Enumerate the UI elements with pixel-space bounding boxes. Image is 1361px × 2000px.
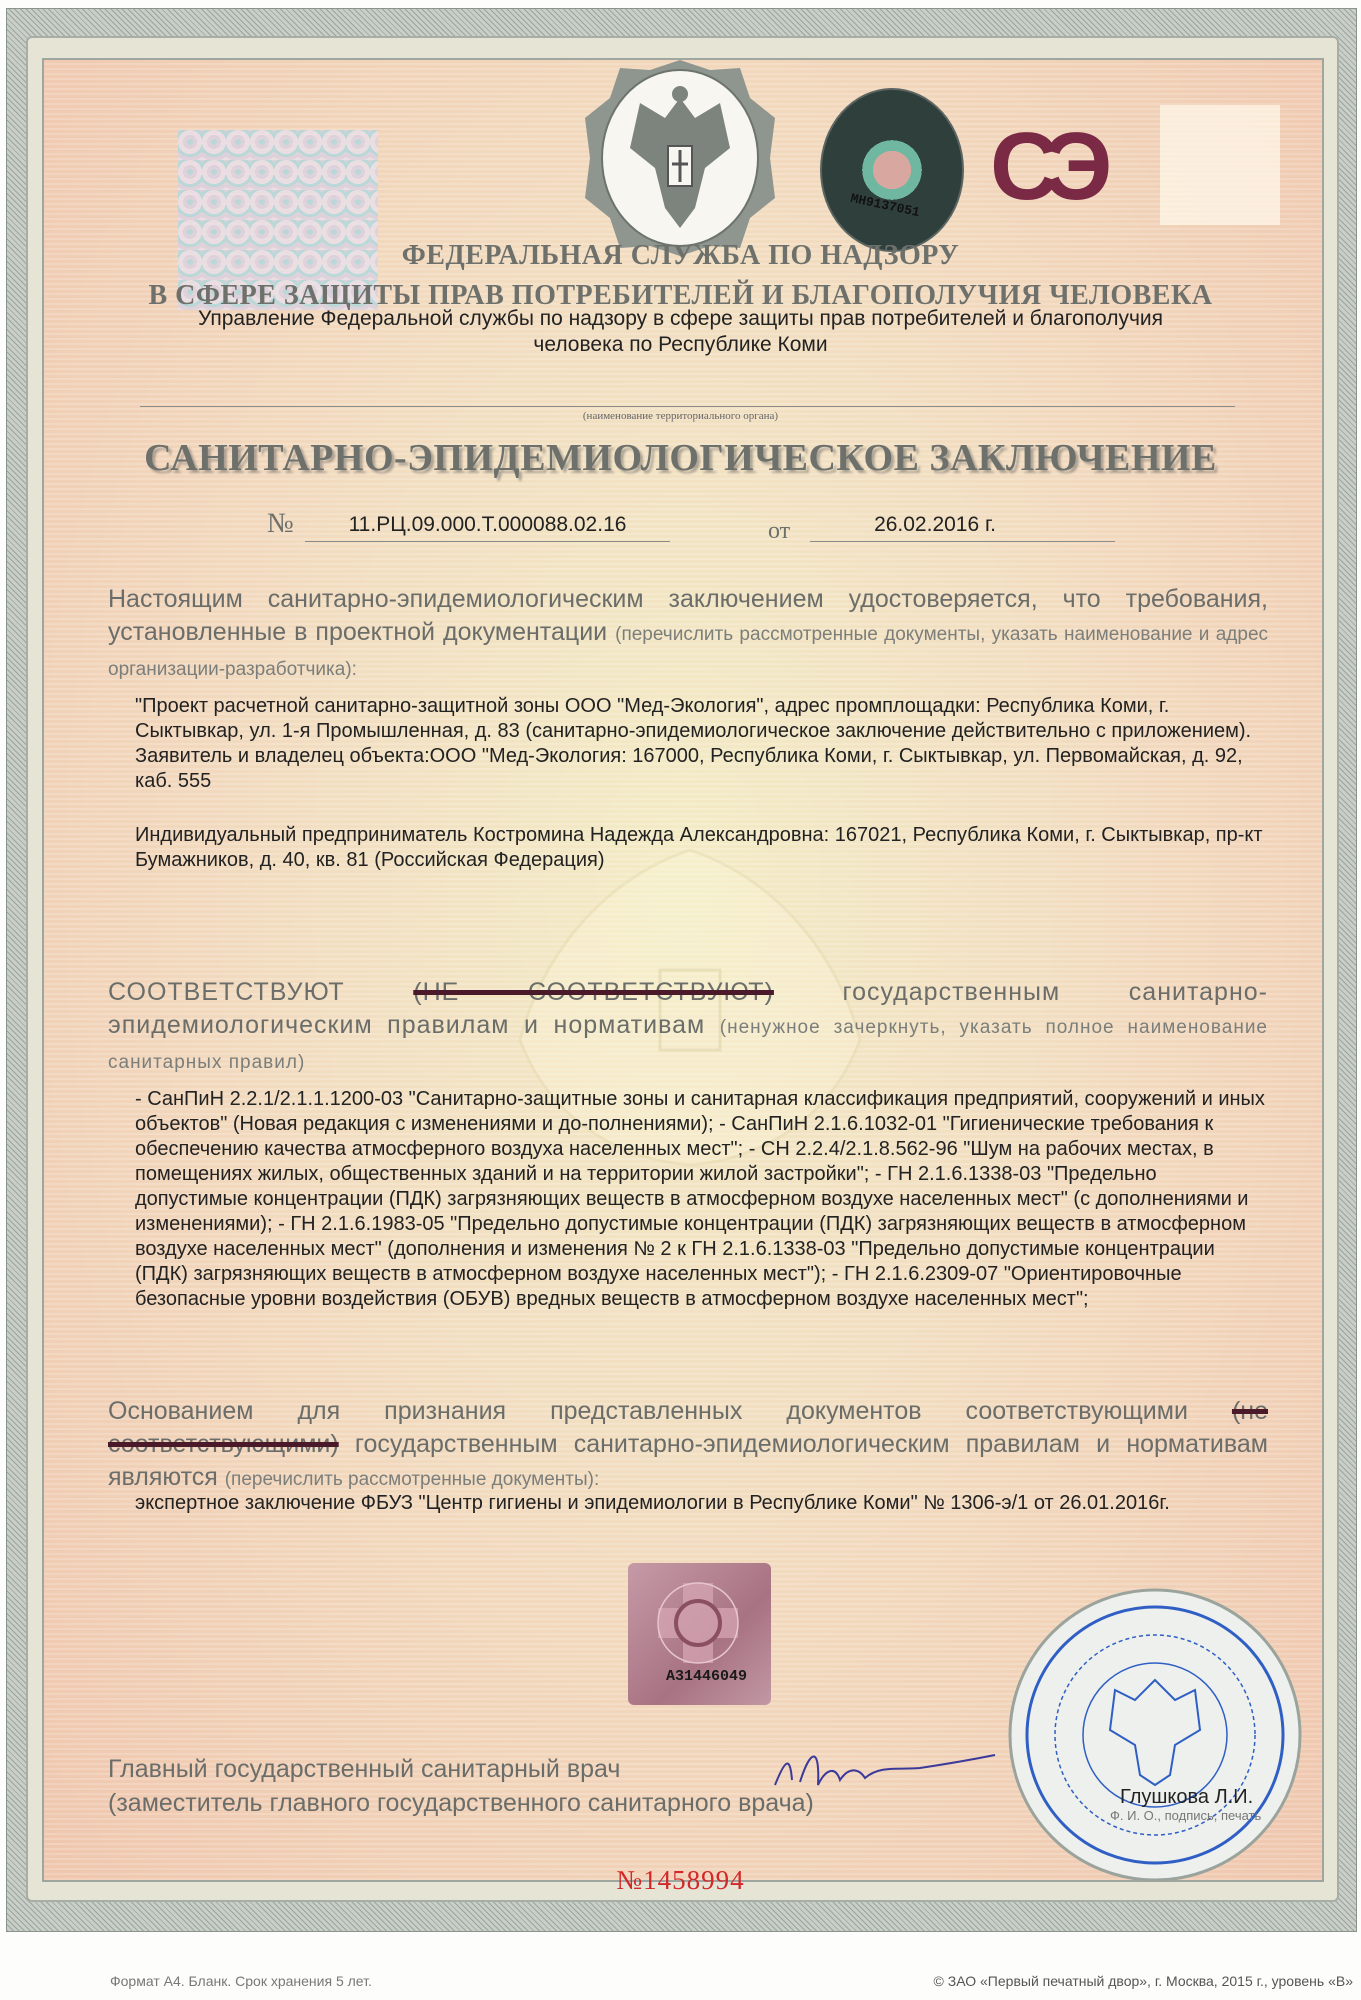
conformity-word: СООТВЕТСТВУЮТ <box>108 978 345 1006</box>
basis-text-before: Основанием для признания представленных … <box>108 1397 1188 1425</box>
round-hologram-sticker: МН9137051 <box>820 88 964 252</box>
territorial-body-line1: Управление Федеральной службы по надзору… <box>100 306 1261 332</box>
footer-format-note: Формат А4. Бланк. Срок хранения 5 лет. <box>110 1973 372 1989</box>
territorial-body-caption: (наименование территориального органа) <box>0 410 1361 422</box>
number-underline <box>305 541 670 542</box>
conformity-struck: (НЕ СООТВЕТСТВУЮТ) <box>413 978 774 1006</box>
signer-name: Глушкова Л.И. <box>1120 1786 1253 1809</box>
agency-name-line1: ФЕДЕРАЛЬНАЯ СЛУЖБА ПО НАДЗОРУ <box>0 240 1361 272</box>
handwritten-signature-icon <box>770 1740 1000 1800</box>
conformity-paragraph: СООТВЕТСТВУЮТ (НЕ СООТВЕТСТВУЮТ) государ… <box>108 976 1268 1079</box>
se-logo: СЭ <box>990 112 1110 222</box>
signatory-role-line1: Главный государственный санитарный врач <box>108 1752 814 1786</box>
signatory-role-line2: (заместитель главного государственного с… <box>108 1786 814 1820</box>
date-underline <box>810 541 1115 542</box>
sanitary-rules-list: - СанПиН 2.2.1/2.1.1.1200-03 "Санитарно-… <box>135 1087 1265 1312</box>
rospotrebnadzor-emblem-icon <box>580 58 780 258</box>
document-title: САНИТАРНО-ЭПИДЕМИОЛОГИЧЕСКОЕ ЗАКЛЮЧЕНИЕ <box>0 436 1361 480</box>
applicant-description: Индивидуальный предприниматель Костромин… <box>135 823 1265 873</box>
basis-paragraph: Основанием для признания представленных … <box>108 1395 1268 1496</box>
hologram-sticker: А31446049 <box>628 1563 771 1705</box>
basis-document: экспертное заключение ФБУЗ "Центр гигиен… <box>135 1491 1265 1516</box>
signatory-role: Главный государственный санитарный врач … <box>108 1752 814 1820</box>
hologram-code: МН9137051 <box>849 191 921 220</box>
from-label: от <box>768 518 790 545</box>
signer-caption: Ф. И. О., подпись, печать <box>1110 1808 1261 1823</box>
territorial-body: Управление Федеральной службы по надзору… <box>100 306 1261 358</box>
intro-paragraph: Настоящим санитарно-эпидемиологическим з… <box>108 583 1268 686</box>
conclusion-number: 11.РЦ.09.000.Т.000088.02.16 <box>305 513 670 537</box>
official-seal-icon <box>1000 1585 1310 1885</box>
conclusion-date: 26.02.2016 г. <box>810 513 1060 537</box>
hologram-sticker-code: А31446049 <box>666 1668 747 1685</box>
footer-printer-note: © ЗАО «Первый печатный двор», г. Москва,… <box>934 1973 1353 1989</box>
number-sign: № <box>267 508 294 540</box>
hologram-cross-icon <box>648 1573 748 1673</box>
blank-patch <box>1160 105 1280 225</box>
territorial-body-underline <box>140 406 1235 407</box>
project-description: "Проект расчетной санитарно-защитной зон… <box>135 694 1265 794</box>
territorial-body-line2: человека по Республике Коми <box>100 332 1261 358</box>
basis-hint: (перечислить рассмотренные документы): <box>225 1469 600 1490</box>
blank-serial-number: №1458994 <box>0 1865 1361 1896</box>
